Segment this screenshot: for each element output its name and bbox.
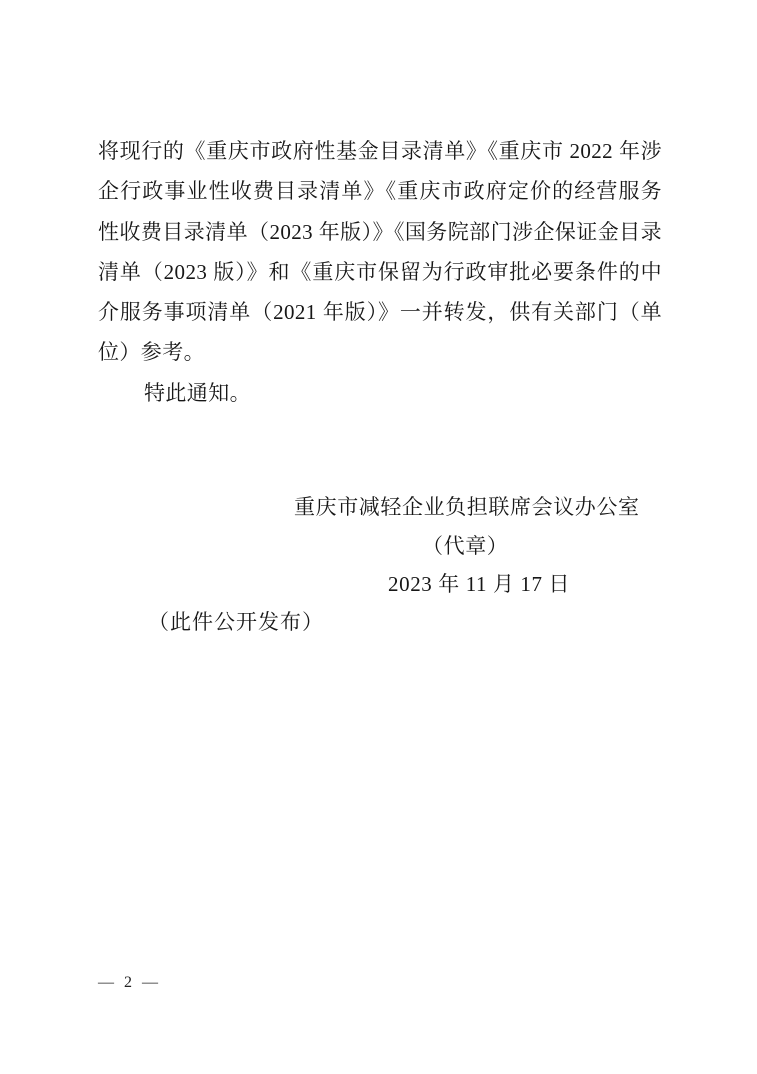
body-paragraph: 将现行的《重庆市政府性基金目录清单》《重庆市 2022 年涉 企行政事业性收费目… [98,131,662,413]
signature-organization: 重庆市减轻企业负担联席会议办公室 [294,492,640,522]
closing-line: 特此通知。 [98,373,662,413]
body-line-3: 性收费目录清单（2023 年版）》《国务院部门涉企保证金目录 [98,212,662,252]
signature-date: 2023 年 11 月 17 日 [388,569,570,599]
body-line-6: 位）参考。 [98,332,662,372]
body-line-5: 介服务事项清单（2021 年版）》一并转发，供有关部门（单 [98,292,662,332]
signature-seal-note: （代章） [422,531,508,561]
page-number: — 2 — [98,972,161,994]
body-line-4: 清单（2023 版）》和《重庆市保留为行政审批必要条件的中 [98,252,662,292]
public-release-note: （此件公开发布） [148,607,324,637]
document-page: 将现行的《重庆市政府性基金目录清单》《重庆市 2022 年涉 企行政事业性收费目… [0,0,757,1074]
body-line-2: 企行政事业性收费目录清单》《重庆市政府定价的经营服务 [98,171,662,211]
body-line-1: 将现行的《重庆市政府性基金目录清单》《重庆市 2022 年涉 [98,131,662,171]
